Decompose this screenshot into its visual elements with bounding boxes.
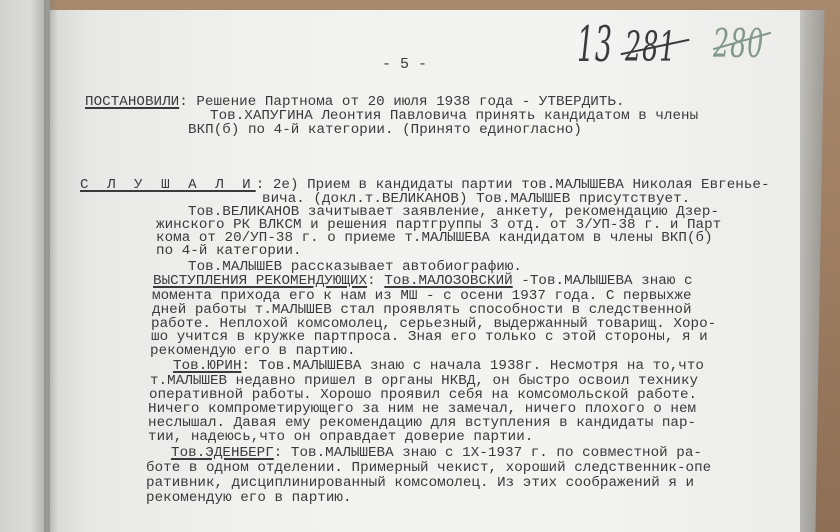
- speaker-name: Тов.ЮРИН: [173, 358, 242, 374]
- binding-shadow: [44, 0, 58, 532]
- speaker-2-line: тии, надеюсь,что он оправдает доверие па…: [148, 430, 533, 445]
- speaker-3-line: ративник, дисциплинированный комсомолец.…: [146, 476, 694, 491]
- resolved-line-3: ВКП(б) по 4-й категории. (Принято единог…: [188, 123, 582, 138]
- speaker-3-line: рекомендую его в партию.: [146, 491, 352, 506]
- speaker-2-line-1: Тов.ЮРИН: Тов.МАЛЫШЕВА знаю с начала 193…: [173, 359, 704, 374]
- section-label-recommenders: ВЫСТУПЛЕНИЯ РЕКОМЕНДУЮЩИХ: [153, 273, 367, 289]
- section-label-heard: С Л У Ш А Л И: [80, 177, 256, 193]
- handwritten-folio-number: 13: [577, 18, 613, 73]
- binding-left: [0, 0, 50, 532]
- section-label-resolved: ПОСТАНОВИЛИ: [85, 94, 179, 110]
- speaker-3-line-1: Тов.ЭДЕНБЕРГ: Тов.МАЛЫШЕВА знаю с 1Х-193…: [171, 446, 702, 461]
- page-number: - 5 -: [382, 56, 427, 73]
- speaker-name: Тов.МАЛОЗОВСКИЙ: [384, 273, 512, 289]
- recommenders-line-1: ВЫСТУПЛЕНИЯ РЕКОМЕНДУЮЩИХ: Тов.МАЛОЗОВСК…: [153, 274, 693, 289]
- speaker-3-line: боте в одном отделении. Примерный чекист…: [146, 461, 711, 476]
- speaker-1-line: рекомендую его в партию.: [150, 344, 356, 359]
- heard-line-6: по 4-й категории.: [156, 244, 302, 259]
- handwritten-crossed-number-pencil: 280: [713, 22, 764, 68]
- speaker-name: Тов.ЭДЕНБЕРГ: [171, 445, 274, 461]
